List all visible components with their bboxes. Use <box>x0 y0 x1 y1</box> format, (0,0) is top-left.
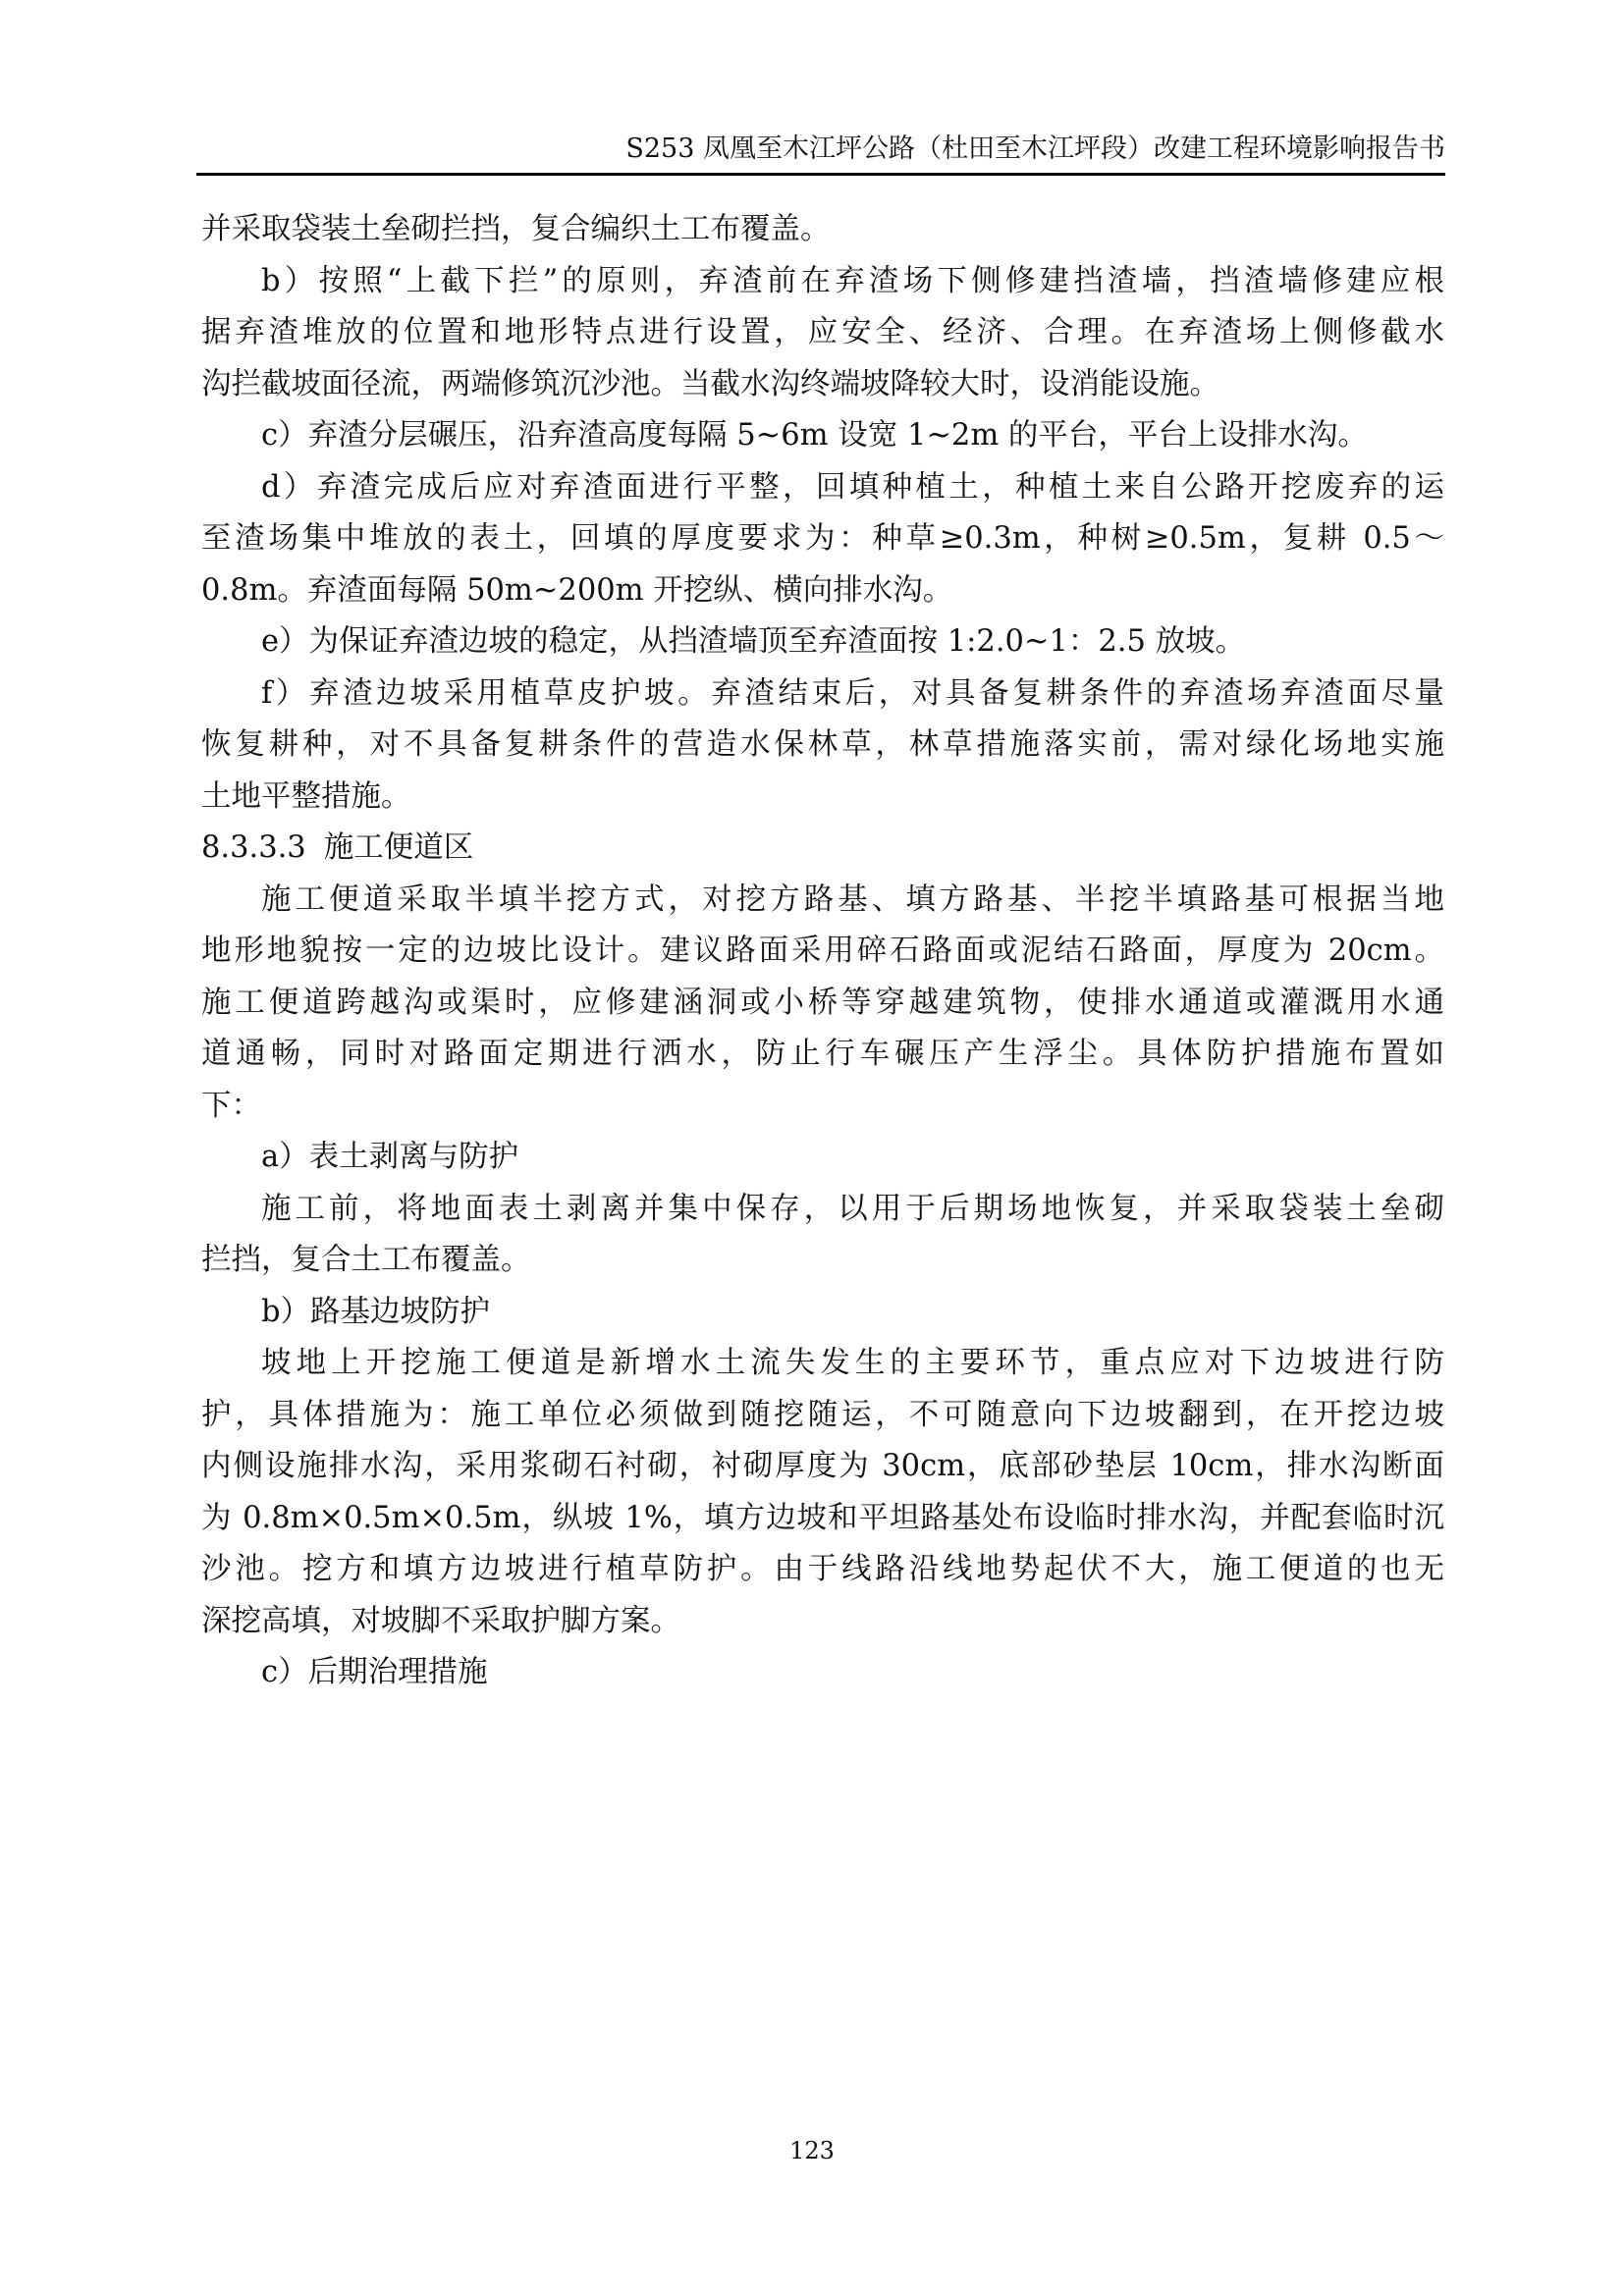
text-line: 地形地貌按一定的边坡比设计。建议路面采用碎石路面或泥结石路面，厚度为 20cm。 <box>201 926 1444 978</box>
text-line: 为 0.8m×0.5m×0.5m，纵坡 1%，填方边坡和平坦路基处布设临时排水沟… <box>201 1493 1444 1545</box>
header-rule <box>196 173 1445 176</box>
text-line: 内侧设施排水沟，采用浆砌石衬砌，衬砌厚度为 30cm，底部砂垫层 10cm，排水… <box>201 1441 1444 1493</box>
text-line: 施工便道采取半填半挖方式，对挖方路基、填方路基、半挖半填路基可根据当地 <box>201 875 1444 927</box>
text-line: b）路基边坡防护 <box>201 1287 1444 1339</box>
page-number: 123 <box>0 2136 1624 2165</box>
section-title: 施工便道区 <box>324 830 474 865</box>
text-line: 据弃渣堆放的位置和地形特点进行设置，应安全、经济、合理。在弃渣场上侧修截水 <box>201 307 1444 359</box>
text-line: f）弃渣边坡采用植草皮护坡。弃渣结束后，对具备复耕条件的弃渣场弃渣面尽量 <box>201 668 1444 721</box>
running-header: S253 凤凰至木江坪公路（杜田至木江坪段）改建工程环境影响报告书 <box>196 128 1445 171</box>
text-line: 恢复耕种，对不具备复耕条件的营造水保林草，林草措施落实前，需对绿化场地实施 <box>201 720 1444 772</box>
document-page: S253 凤凰至木江坪公路（杜田至木江坪段）改建工程环境影响报告书 并采取袋装土… <box>0 0 1624 2296</box>
text-line: c）弃渣分层碾压，沿弃渣高度每隔 5~6m 设宽 1~2m 的平台，平台上设排水… <box>201 410 1444 462</box>
paragraph-block-construction-road: 施工便道采取半填半挖方式，对挖方路基、填方路基、半挖半填路基可根据当地地形地貌按… <box>201 875 1444 1699</box>
text-line: 土地平整措施。 <box>201 772 1444 824</box>
text-line: b）按照“上截下拦”的原则，弃渣前在弃渣场下侧修建挡渣墙，挡渣墙修建应根 <box>201 256 1444 308</box>
text-line: 至渣场集中堆放的表土，回填的厚度要求为：种草≥0.3m，种树≥0.5m，复耕 0… <box>201 513 1444 565</box>
text-line: 施工便道跨越沟或渠时，应修建涵洞或小桥等穿越建筑物，使排水通道或灌溉用水通 <box>201 978 1444 1030</box>
section-number: 8.3.3.3 <box>201 823 306 875</box>
document-body: 并采取袋装土垒砌拦挡，复合编织土工布覆盖。b）按照“上截下拦”的原则，弃渣前在弃… <box>201 204 1444 1699</box>
text-line: 下： <box>201 1081 1444 1133</box>
text-line: d）弃渣完成后应对弃渣面进行平整，回填种植土，种植土来自公路开挖废弃的运 <box>201 462 1444 514</box>
text-line: 沙池。挖方和填方边坡进行植草防护。由于线路沿线地势起伏不大，施工便道的也无 <box>201 1544 1444 1596</box>
text-line: 坡地上开挖施工便道是新增水土流失发生的主要环节，重点应对下边坡进行防 <box>201 1338 1444 1390</box>
text-line: 道通畅，同时对路面定期进行洒水，防止行车碾压产生浮尘。具体防护措施布置如 <box>201 1029 1444 1081</box>
text-line: 护，具体措施为：施工单位必须做到随挖随运，不可随意向下边坡翻到，在开挖边坡 <box>201 1390 1444 1442</box>
section-heading: 8.3.3.3施工便道区 <box>201 823 1444 875</box>
text-line: 0.8m。弃渣面每隔 50m~200m 开挖纵、横向排水沟。 <box>201 565 1444 617</box>
text-line: e）为保证弃渣边坡的稳定，从挡渣墙顶至弃渣面按 1:2.0~1：2.5 放坡。 <box>201 616 1444 668</box>
text-line: 深挖高填，对坡脚不采取护脚方案。 <box>201 1596 1444 1648</box>
text-line: 并采取袋装土垒砌拦挡，复合编织土工布覆盖。 <box>201 204 1444 256</box>
text-line: 拦挡，复合土工布覆盖。 <box>201 1235 1444 1287</box>
paragraph-block-waste-site: 并采取袋装土垒砌拦挡，复合编织土工布覆盖。b）按照“上截下拦”的原则，弃渣前在弃… <box>201 204 1444 823</box>
text-line: a）表土剥离与防护 <box>201 1132 1444 1184</box>
text-line: c）后期治理措施 <box>201 1647 1444 1699</box>
text-line: 施工前，将地面表土剥离并集中保存，以用于后期场地恢复，并采取袋装土垒砌 <box>201 1184 1444 1236</box>
text-line: 沟拦截坡面径流，两端修筑沉沙池。当截水沟终端坡降较大时，设消能设施。 <box>201 359 1444 411</box>
